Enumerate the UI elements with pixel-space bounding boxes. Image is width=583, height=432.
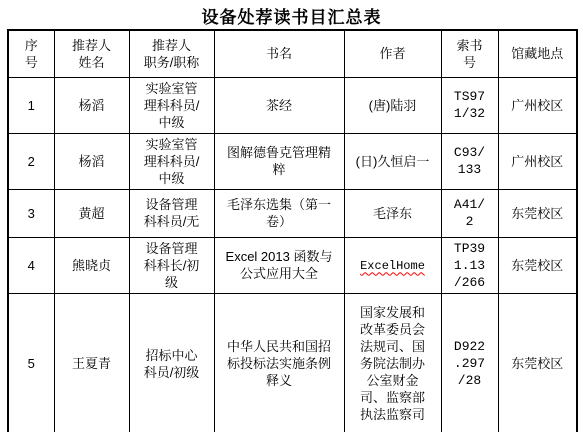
cell-recommender-position: 实验室管理科科员/中级 — [129, 133, 214, 189]
cell-book-title: Excel 2013 函数与公式应用大全 — [214, 237, 344, 293]
header-cell-author: 作者 — [344, 30, 441, 77]
spellchecked-author-text: ExcelHome — [360, 259, 425, 273]
cell-call-number: A41/2 — [441, 189, 498, 237]
cell-author: 国家发展和改革委员会法规司、国务院法制办公室财金司、监察部执法监察司 — [344, 293, 441, 432]
header-cell-book-title: 书名 — [214, 30, 344, 77]
cell-recommender-name: 王夏青 — [54, 293, 129, 432]
cell-location: 东莞校区 — [498, 237, 577, 293]
cell-recommender-name: 黄超 — [54, 189, 129, 237]
cell-recommender-position: 设备管理科科员/无 — [129, 189, 214, 237]
cell-author: (唐)陆羽 — [344, 77, 441, 133]
cell-no: 5 — [8, 293, 54, 432]
header-cell-location: 馆藏地点 — [498, 30, 577, 77]
reading-list-table: 序号 推荐人 姓名 推荐人 职务/职称 书名 作者 索书号 馆藏地点 1 杨滔 … — [7, 29, 578, 432]
cell-no: 1 — [8, 77, 54, 133]
header-cell-call-number: 索书号 — [441, 30, 498, 77]
table-row: 1 杨滔 实验室管理科科员/中级 茶经 (唐)陆羽 TS971/32 广州校区 — [8, 77, 577, 133]
cell-call-number: TS971/32 — [441, 77, 498, 133]
header-cell-no: 序号 — [8, 30, 54, 77]
cell-book-title: 茶经 — [214, 77, 344, 133]
cell-author: (日)久恒启一 — [344, 133, 441, 189]
cell-recommender-name: 熊晓贞 — [54, 237, 129, 293]
cell-call-number: C93/133 — [441, 133, 498, 189]
cell-location: 广州校区 — [498, 133, 577, 189]
table-row: 2 杨滔 实验室管理科科员/中级 图解德鲁克管理精粹 (日)久恒启一 C93/1… — [8, 133, 577, 189]
cell-recommender-name: 杨滔 — [54, 133, 129, 189]
cell-book-title: 图解德鲁克管理精粹 — [214, 133, 344, 189]
cell-location: 东莞校区 — [498, 189, 577, 237]
cell-book-title: 毛泽东选集（第一卷） — [214, 189, 344, 237]
cell-author: 毛泽东 — [344, 189, 441, 237]
cell-location: 广州校区 — [498, 77, 577, 133]
cell-call-number: TP391.13/266 — [441, 237, 498, 293]
cell-call-number: D922.297/28 — [441, 293, 498, 432]
header-cell-recommender-position: 推荐人 职务/职称 — [129, 30, 214, 77]
header-cell-recommender-name: 推荐人 姓名 — [54, 30, 129, 77]
cell-book-title: 中华人民共和国招标投标法实施条例释义 — [214, 293, 344, 432]
table-row: 4 熊晓贞 设备管理科科长/初级 Excel 2013 函数与公式应用大全 Ex… — [8, 237, 577, 293]
cell-recommender-name: 杨滔 — [54, 77, 129, 133]
cell-recommender-position: 设备管理科科长/初级 — [129, 237, 214, 293]
table-row: 3 黄超 设备管理科科员/无 毛泽东选集（第一卷） 毛泽东 A41/2 东莞校区 — [8, 189, 577, 237]
page-title: 设备处荐读书目汇总表 — [0, 3, 583, 28]
cell-author: ExcelHome — [344, 237, 441, 293]
cell-no: 2 — [8, 133, 54, 189]
cell-location: 东莞校区 — [498, 293, 577, 432]
document-page: 设备处荐读书目汇总表 序号 推荐人 姓名 推荐人 职务/职称 书名 作者 索书号… — [0, 0, 583, 432]
cell-no: 3 — [8, 189, 54, 237]
table-header-row: 序号 推荐人 姓名 推荐人 职务/职称 书名 作者 索书号 馆藏地点 — [8, 30, 577, 77]
table-row: 5 王夏青 招标中心科员/初级 中华人民共和国招标投标法实施条例释义 国家发展和… — [8, 293, 577, 432]
cell-recommender-position: 实验室管理科科员/中级 — [129, 77, 214, 133]
cell-recommender-position: 招标中心科员/初级 — [129, 293, 214, 432]
cell-no: 4 — [8, 237, 54, 293]
